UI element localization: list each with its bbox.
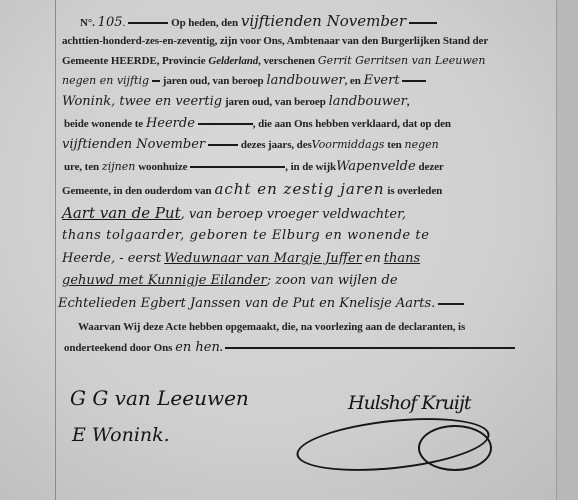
record-line: onderteekend door Ons en hen. <box>64 337 556 359</box>
handwritten-spouse-2: gehuwd met Kunnigje Eilander <box>62 273 267 288</box>
printed-text: Gemeente HEERDE, Provincie <box>62 55 206 67</box>
handwritten-hour: negen <box>405 138 439 151</box>
handwritten-text: thans <box>384 251 420 266</box>
printed-text: , <box>407 96 410 108</box>
handwritten-text: zijnen <box>102 160 135 173</box>
printed-text: jaren oud, van beroep <box>163 75 264 87</box>
record-line: Waarvan Wij deze Acte hebben opgemaakt, … <box>78 316 570 338</box>
printed-text: dezes jaars, des <box>241 139 312 151</box>
printed-text: Waarvan Wij deze Acte hebben opgemaakt, … <box>78 321 465 333</box>
scanned-document-page: N°. 105. Op heden, den vijftienden Novem… <box>0 0 578 500</box>
handwritten-parents: Echtelieden Egbert Janssen van de Put en… <box>58 296 435 311</box>
record-line: achttien-honderd-zes-en-zeventig, zijn v… <box>62 30 554 52</box>
blank-rule <box>198 123 253 125</box>
record-line: Heerde, - eerst Weduwnaar van Margje Juf… <box>62 248 554 270</box>
handwritten-place: Heerde <box>146 116 195 131</box>
handwritten-text: thans tolgaarder, geboren te Elburg en w… <box>62 228 430 243</box>
handwritten-age: negen en vijftig <box>62 74 149 87</box>
handwritten-text: Wonink, twee en veertig <box>62 94 222 109</box>
handwritten-occupation: landbouwer <box>329 94 407 109</box>
handwritten-declarant-2: Evert <box>364 73 400 88</box>
handwritten-declarant-1: Gerrit Gerritsen van Leeuwen <box>318 54 486 67</box>
printed-text: ten <box>387 139 401 151</box>
signature-declarant-2: E Wonink. <box>72 424 170 446</box>
printed-text: is overleden <box>387 185 442 197</box>
record-line: ure, ten zijnen woonhuize , in de wijkWa… <box>64 156 556 178</box>
printed-text: , en <box>345 75 361 87</box>
record-line: thans tolgaarder, geboren te Elburg en w… <box>62 225 554 247</box>
printed-text: ure, ten <box>64 161 99 173</box>
blank-rule <box>190 166 285 168</box>
printed-text: woonhuize <box>138 161 187 173</box>
record-line: vijftienden November dezes jaars, desVoo… <box>62 134 554 156</box>
blank-rule <box>409 22 437 24</box>
number-label: N°. <box>80 17 95 29</box>
printed-text: jaren oud, van beroep <box>225 96 326 108</box>
handwritten-text: en hen <box>175 340 220 355</box>
handwritten-text: Heerde, - eerst <box>62 251 161 266</box>
blank-rule <box>402 80 426 82</box>
handwritten-text: en <box>365 251 381 266</box>
handwritten-spouse-1: Weduwnaar van Margje Juffer <box>164 251 362 266</box>
record-line-number: N°. 105. Op heden, den vijftienden Novem… <box>80 10 572 32</box>
blank-rule <box>438 303 464 305</box>
blank-rule <box>225 347 515 349</box>
printed-text: dezer <box>419 161 444 173</box>
handwritten-age-deceased: acht en zestig jaren <box>214 180 384 198</box>
page-edge <box>557 0 578 500</box>
printed-province: Gelderland <box>208 55 258 67</box>
handwritten-time-of-day: Voormiddags <box>312 138 385 151</box>
blank-rule <box>128 22 168 24</box>
printed-text: , in de wijk <box>285 161 336 173</box>
record-line: beide wonende te Heerde , die aan Ons he… <box>64 113 556 135</box>
handwritten-text: , van beroep vroeger veldwachter, <box>181 207 406 222</box>
signature-declarant-1: G G van Leeuwen <box>70 386 249 410</box>
printed-text: beide wonende te <box>64 118 143 130</box>
handwritten-text: ; zoon van wijlen de <box>267 273 398 288</box>
printed-text: Gemeente, in den ouderdom van <box>62 185 212 197</box>
printed-text: onderteekend door Ons <box>64 342 172 354</box>
record-line: Gemeente HEERDE, Provincie Gelderland, v… <box>62 50 554 72</box>
handwritten-deceased-name: Aart van de Put <box>62 204 181 222</box>
record-line: Aart van de Put, van beroep vroeger veld… <box>62 202 554 224</box>
record-line: Echtelieden Egbert Janssen van de Put en… <box>58 293 550 315</box>
printed-text: , verschenen <box>258 55 315 67</box>
handwritten-district: Wapenvelde <box>336 159 416 174</box>
printed-text: , die aan Ons hebben verklaard, dat op d… <box>253 118 451 130</box>
record-number: 105 <box>98 15 123 30</box>
record-line: Wonink, twee en veertig jaren oud, van b… <box>62 91 554 113</box>
handwritten-date: vijftienden November <box>62 137 205 152</box>
printed-text: Op heden, den <box>171 17 238 29</box>
handwritten-date: vijftienden November <box>241 12 406 30</box>
printed-text: achttien-honderd-zes-en-zeventig, zijn v… <box>62 35 488 47</box>
printed-text: . <box>220 342 223 354</box>
blank-rule <box>208 144 238 146</box>
signature-flourish-loop <box>418 425 492 471</box>
signature-registrar: Hulshof Kruijt <box>348 392 471 414</box>
record-line: negen en vijftig jaren oud, van beroep l… <box>62 70 554 92</box>
blank-rule <box>152 80 160 82</box>
record-line: Gemeente, in den ouderdom van acht en ze… <box>62 178 554 200</box>
record-line: gehuwd met Kunnigje Eilander; zoon van w… <box>62 270 554 292</box>
left-margin-rule <box>55 0 56 500</box>
handwritten-occupation: landbouwer <box>266 73 344 88</box>
